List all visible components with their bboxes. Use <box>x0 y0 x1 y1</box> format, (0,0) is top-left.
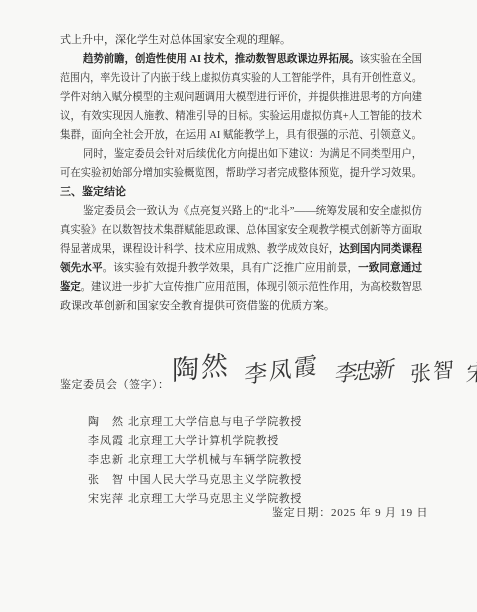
member-name: 李忠新 <box>88 451 128 470</box>
member-affiliation: 北京理工大学马克思主义学院教授 <box>128 493 302 505</box>
line-text: 集群，面向全社会开放，在运用 AI 赋能教学上，具有很强的示范、引领意义。 <box>60 126 422 145</box>
line-text: 真实验》在以数智技术集群赋能思政课、总体国家安全观教学模式创新等方面取 <box>60 221 422 240</box>
member-name: 宋宪萍 <box>88 490 128 509</box>
signature-label: 鉴定委员会（签字）： <box>60 348 170 392</box>
line-text: 式上升中，深化学生对总体国家安全观的理解。 <box>60 31 291 50</box>
bold-text-segment: 三、鉴定结论 <box>60 186 126 198</box>
committee-member-row: 李凤霞北京理工大学计算机学院教授 <box>88 432 302 451</box>
handwritten-signature-4: 张智 <box>409 358 455 387</box>
body-line: 趋势前瞻，创造性使用 AI 技术，推动数智思政课边界拓展。该实验在全国 <box>60 50 422 69</box>
text-segment: 该实验在全国 <box>360 53 422 65</box>
body-line: 得显著成果，课程设计科学、技术应用成熟、教学成效良好，达到国内同类课程 <box>60 240 422 259</box>
text-segment: 得显著成果，课程设计科学、技术应用成熟、教学成效良好， <box>60 243 339 255</box>
line-text: 政课改革创新和国家安全教育提供可资借鉴的优质方案。 <box>60 297 335 316</box>
body-line: 式上升中，深化学生对总体国家安全观的理解。 <box>60 31 422 50</box>
line-text: 得显著成果，课程设计科学、技术应用成熟、教学成效良好，达到国内同类课程 <box>60 240 422 259</box>
line-text: 同时，鉴定委员会针对后续优化方向提出如下建议：为满足不同类型用户， <box>83 145 422 164</box>
text-segment: 集群，面向全社会开放，在运用 AI 赋能教学上，具有很强的示范、引领意义。 <box>60 129 422 141</box>
committee-member-list: 陶 然北京理工大学信息与电子学院教授李凤霞北京理工大学计算机学院教授李忠新北京理… <box>88 413 302 509</box>
handwritten-signature-1: 陶然 <box>172 351 230 387</box>
body-line: 政课改革创新和国家安全教育提供可资借鉴的优质方案。 <box>60 297 422 316</box>
handwritten-signature-5: 宋宪萍 <box>465 357 477 386</box>
appraisal-date: 鉴定日期：2025 年 9 月 19 日 <box>272 504 428 520</box>
body-line: 同时，鉴定委员会针对后续优化方向提出如下建议：为满足不同类型用户， <box>60 145 422 164</box>
body-line: 领先水平。该实验有效提升教学效果，具有广泛推广应用前景，一致同意通过 <box>60 259 422 278</box>
text-segment: 学件对纳入赋分模型的主观问题调用大模型进行评价，并提供推进思考的方向建 <box>60 91 422 103</box>
body-line: 鉴定。建议进一步扩大宣传推广应用范围，体现引领示范性作用，为高校数智思 <box>60 278 422 297</box>
handwritten-signature-3: 李忠新 <box>333 357 394 387</box>
member-name: 李凤霞 <box>88 432 128 451</box>
line-text: 范围内，率先设计了内嵌于线上虚拟仿真实验的人工智能学件，具有开创性意义。 <box>60 69 422 88</box>
member-name: 陶 然 <box>88 413 128 432</box>
text-segment: 鉴定委员会一致认为《点亮复兴路上的“北斗”——统筹发展和安全虚拟仿 <box>83 205 422 217</box>
body-line: 鉴定委员会一致认为《点亮复兴路上的“北斗”——统筹发展和安全虚拟仿 <box>60 202 422 221</box>
bold-text-segment: 一致同意通过 <box>358 262 422 274</box>
text-segment: 同时，鉴定委员会针对后续优化方向提出如下建议：为满足不同类型用户， <box>83 148 422 160</box>
committee-member-row: 宋宪萍北京理工大学马克思主义学院教授 <box>88 490 302 509</box>
signature-row: 鉴定委员会（签字）： 陶然李凤霞李忠新张智宋宪萍 <box>60 348 455 392</box>
member-affiliation: 北京理工大学信息与电子学院教授 <box>128 416 302 428</box>
appraisal-body-text: 式上升中，深化学生对总体国家安全观的理解。趋势前瞻，创造性使用 AI 技术，推动… <box>60 31 422 316</box>
line-text: 趋势前瞻，创造性使用 AI 技术，推动数智思政课边界拓展。该实验在全国 <box>83 50 422 69</box>
body-line: 范围内，率先设计了内嵌于线上虚拟仿真实验的人工智能学件，具有开创性意义。 <box>60 69 422 88</box>
body-line: 学件对纳入赋分模型的主观问题调用大模型进行评价，并提供推进思考的方向建 <box>60 88 422 107</box>
line-text: 三、鉴定结论 <box>60 183 126 202</box>
line-text: 领先水平。该实验有效提升教学效果，具有广泛推广应用前景，一致同意通过 <box>60 259 422 278</box>
body-line: 可在实验初始部分增加实验概览图，帮助学习者完成整体预览，提升学习效果。 <box>60 164 422 183</box>
member-affiliation: 北京理工大学机械与车辆学院教授 <box>128 454 302 466</box>
text-segment: 政课改革创新和国家安全教育提供可资借鉴的优质方案。 <box>60 300 335 312</box>
handwritten-signature-2: 李凤霞 <box>243 353 318 389</box>
text-segment: 范围内，率先设计了内嵌于线上虚拟仿真实验的人工智能学件，具有开创性意义。 <box>60 72 422 84</box>
text-segment: 式上升中，深化学生对总体国家安全观的理解。 <box>60 34 291 46</box>
section-heading: 三、鉴定结论 <box>60 183 422 202</box>
handwritten-signatures: 陶然李凤霞李忠新张智宋宪萍 <box>172 348 477 384</box>
committee-member-row: 李忠新北京理工大学机械与车辆学院教授 <box>88 451 302 470</box>
bold-text-segment: 鉴定 <box>60 281 81 293</box>
bold-text-segment: 领先水平 <box>60 262 103 274</box>
member-affiliation: 北京理工大学计算机学院教授 <box>128 435 279 447</box>
line-text: 可在实验初始部分增加实验概览图，帮助学习者完成整体预览，提升学习效果。 <box>60 164 422 183</box>
line-text: 鉴定委员会一致认为《点亮复兴路上的“北斗”——统筹发展和安全虚拟仿 <box>83 202 422 221</box>
text-segment: 议，有效实现因人施教、精准引导的目标。实验运用虚拟仿真+人工智能的技术 <box>60 110 422 122</box>
line-text: 学件对纳入赋分模型的主观问题调用大模型进行评价，并提供推进思考的方向建 <box>60 88 422 107</box>
body-line: 集群，面向全社会开放，在运用 AI 赋能教学上，具有很强的示范、引领意义。 <box>60 126 422 145</box>
body-line: 真实验》在以数智技术集群赋能思政课、总体国家安全观教学模式创新等方面取 <box>60 221 422 240</box>
text-segment: 。该实验有效提升教学效果，具有广泛推广应用前景， <box>103 262 359 274</box>
member-affiliation: 中国人民大学马克思主义学院教授 <box>128 474 302 486</box>
text-segment: 可在实验初始部分增加实验概览图，帮助学习者完成整体预览，提升学习效果。 <box>60 167 422 179</box>
bold-text-segment: 趋势前瞻，创造性使用 AI 技术，推动数智思政课边界拓展。 <box>83 53 360 65</box>
bold-text-segment: 达到国内同类课程 <box>339 243 422 255</box>
text-segment: 真实验》在以数智技术集群赋能思政课、总体国家安全观教学模式创新等方面取 <box>60 224 422 236</box>
appraisal-document-page: 式上升中，深化学生对总体国家安全观的理解。趋势前瞻，创造性使用 AI 技术，推动… <box>0 0 477 612</box>
line-text: 鉴定。建议进一步扩大宣传推广应用范围，体现引领示范性作用，为高校数智思 <box>60 278 422 297</box>
committee-member-row: 陶 然北京理工大学信息与电子学院教授 <box>88 413 302 432</box>
text-segment: 。建议进一步扩大宣传推广应用范围，体现引领示范性作用，为高校数智思 <box>81 281 422 293</box>
member-name: 张 智 <box>88 471 128 490</box>
committee-member-row: 张 智中国人民大学马克思主义学院教授 <box>88 471 302 490</box>
line-text: 议，有效实现因人施教、精准引导的目标。实验运用虚拟仿真+人工智能的技术 <box>60 107 422 126</box>
body-line: 议，有效实现因人施教、精准引导的目标。实验运用虚拟仿真+人工智能的技术 <box>60 107 422 126</box>
